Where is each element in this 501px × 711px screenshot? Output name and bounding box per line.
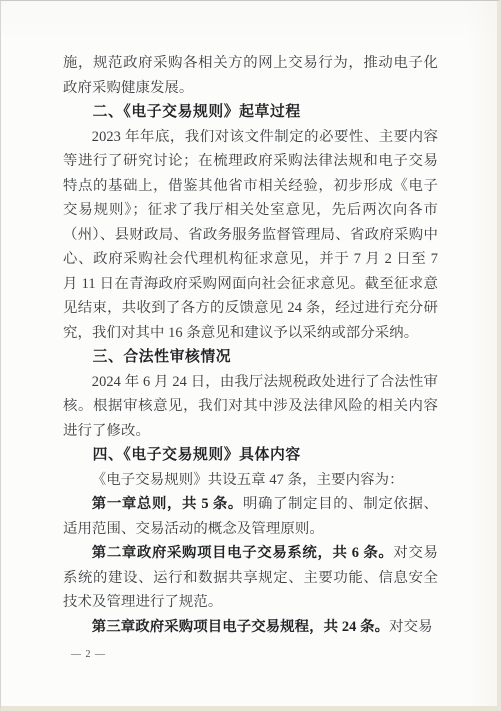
paragraph-legality-review: 2024 年 6 月 24 日，由我厅法规税政处进行了合法性审核。根据审核意见，… — [63, 370, 438, 444]
paragraph-chapter-1: 第一章总则，共 5 条。明确了制定目的、制定依据、适用范围、交易活动的概念及管理… — [63, 492, 438, 541]
section-heading-drafting-process: 二、《电子交易规则》起草过程 — [63, 100, 438, 125]
paragraph-chapter-3: 第三章政府采购项目电子交易规程，共 24 条。对交易 — [63, 615, 438, 640]
chapter-3-lead: 第三章政府采购项目电子交易规程，共 24 条。 — [92, 619, 389, 635]
document-text-block: 施，规范政府采购各相关方的网上交易行为，推动电子化政府采购健康发展。 二、《电子… — [63, 51, 438, 639]
scanned-page: 施，规范政府采购各相关方的网上交易行为，推动电子化政府采购健康发展。 二、《电子… — [0, 0, 501, 711]
page-number: — 2 — — [71, 649, 106, 660]
section-heading-legality-review: 三、合法性审核情况 — [63, 345, 438, 370]
section-heading-specific-content: 四、《电子交易规则》具体内容 — [63, 443, 438, 468]
paragraph-continuation: 施，规范政府采购各相关方的网上交易行为，推动电子化政府采购健康发展。 — [63, 51, 438, 100]
paragraph-drafting-process: 2023 年年底，我们对该文件制定的必要性、主要内容等进行了研究讨论；在梳理政府… — [63, 125, 438, 346]
paragraph-content-overview: 《电子交易规则》共设五章 47 条，主要内容为： — [63, 468, 438, 493]
paragraph-chapter-2: 第二章政府采购项目电子交易系统，共 6 条。对交易系统的建设、运行和数据共享规定… — [63, 541, 438, 615]
chapter-1-lead: 第一章总则，共 5 条。 — [92, 496, 243, 512]
chapter-3-description: 对交易 — [389, 619, 432, 635]
chapter-2-lead: 第二章政府采购项目电子交易系统，共 6 条。 — [92, 545, 394, 561]
